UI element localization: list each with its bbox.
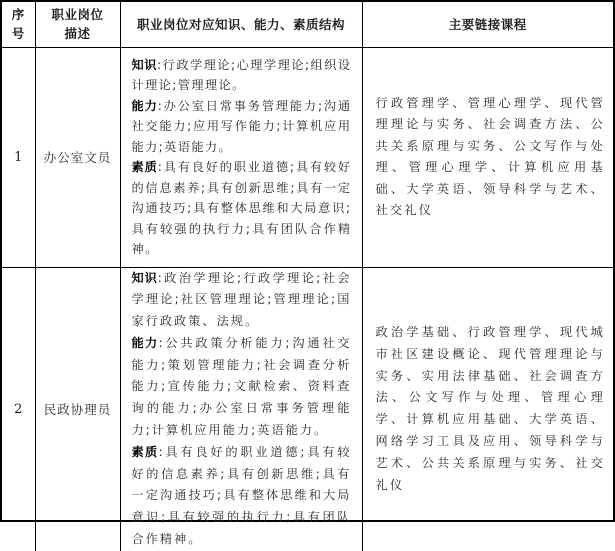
quality-paragraph: 素质:具有良好的职业道德;具有较好的信息素养;具有创新思维;具有一定沟通技巧;具… [132, 157, 352, 260]
ability-label: 能力 [132, 99, 158, 113]
job-course-table-container: 序号 职业岗位描述 职业岗位对应知识、能力、素质结构 主要链接课程 1 办公室文… [0, 0, 615, 522]
header-courses: 主要链接课程 [362, 2, 613, 47]
row-number: 1 [2, 47, 35, 267]
header-no: 序号 [2, 2, 35, 47]
structure-cell: 知识:行政学理论;心理学理论;组织设计理论;管理理论。 能力:办公室日常事务管理… [120, 47, 362, 267]
ability-paragraph: 能力:公共政策分析能力;沟通社交能力;策划管理能力;社会调查分析能力;宣传能力;… [132, 333, 352, 442]
ability-text: 办公室日常事务管理能力;沟通社交能力;应用写作能力;计算机应用能力;英语能力。 [132, 99, 352, 154]
table-header-row: 序号 职业岗位描述 职业岗位对应知识、能力、素质结构 主要链接课程 [2, 2, 613, 47]
table-row: 1 办公室文员 知识:行政学理论;心理学理论;组织设计理论;管理理论。 能力:办… [2, 47, 613, 267]
job-course-table: 序号 职业岗位描述 职业岗位对应知识、能力、素质结构 主要链接课程 1 办公室文… [2, 2, 613, 524]
position-name: 民政协理员 [35, 267, 120, 524]
knowledge-text: 行政学理论;心理学理论;组织设计理论;管理理论。 [132, 58, 352, 93]
ability-text: 公共政策分析能力;沟通社交能力;策划管理能力;社会调查分析能力;宣传能力;文献检… [132, 336, 352, 437]
quality-text: 具有良好的职业道德;具有较好的信息素养;具有创新思维;具有一定沟通技巧;具有整体… [132, 160, 352, 256]
ability-label: 能力 [132, 336, 159, 350]
row-number: 2 [2, 267, 35, 524]
knowledge-text: 政治学理论;行政学理论;社会学理论;社区管理理论;管理理论;国家行政政策、法规。 [132, 271, 352, 329]
structure-cell: 知识:政治学理论;行政学理论;社会学理论;社区管理理论;管理理论;国家行政政策、… [120, 267, 362, 524]
ability-paragraph: 能力:办公室日常事务管理能力;沟通社交能力;应用写作能力;计算机应用能力;英语能… [132, 96, 352, 158]
courses-cell: 行政管理学、管理心理学、现代管理理论与实务、社会调查方法、公共关系原理与实务、公… [362, 47, 613, 267]
quality-label: 素质 [132, 445, 159, 459]
quality-label: 素质 [132, 160, 158, 174]
courses-cell: 政治学基础、行政管理学、现代城市社区建设概论、现代管理理论与实务、实用法律基础、… [362, 267, 613, 524]
quality-paragraph: 素质:具有良好的职业道德;具有较好的信息素养;具有创新思维;具有一定沟通技巧;具… [132, 442, 352, 524]
knowledge-paragraph: 知识:政治学理论;行政学理论;社会学理论;社区管理理论;管理理论;国家行政政策、… [132, 268, 352, 333]
quality-text: 具有良好的职业道德;具有较好的信息素养;具有创新思维;具有一定沟通技巧;具有整体… [132, 445, 352, 524]
header-position: 职业岗位描述 [35, 2, 120, 47]
header-structure: 职业岗位对应知识、能力、素质结构 [120, 2, 362, 47]
knowledge-label: 知识 [132, 58, 158, 72]
knowledge-label: 知识 [132, 271, 158, 285]
table-row: 2 民政协理员 知识:政治学理论;行政学理论;社会学理论;社区管理理论;管理理论… [2, 267, 613, 524]
knowledge-paragraph: 知识:行政学理论;心理学理论;组织设计理论;管理理论。 [132, 55, 352, 96]
position-name: 办公室文员 [35, 47, 120, 267]
